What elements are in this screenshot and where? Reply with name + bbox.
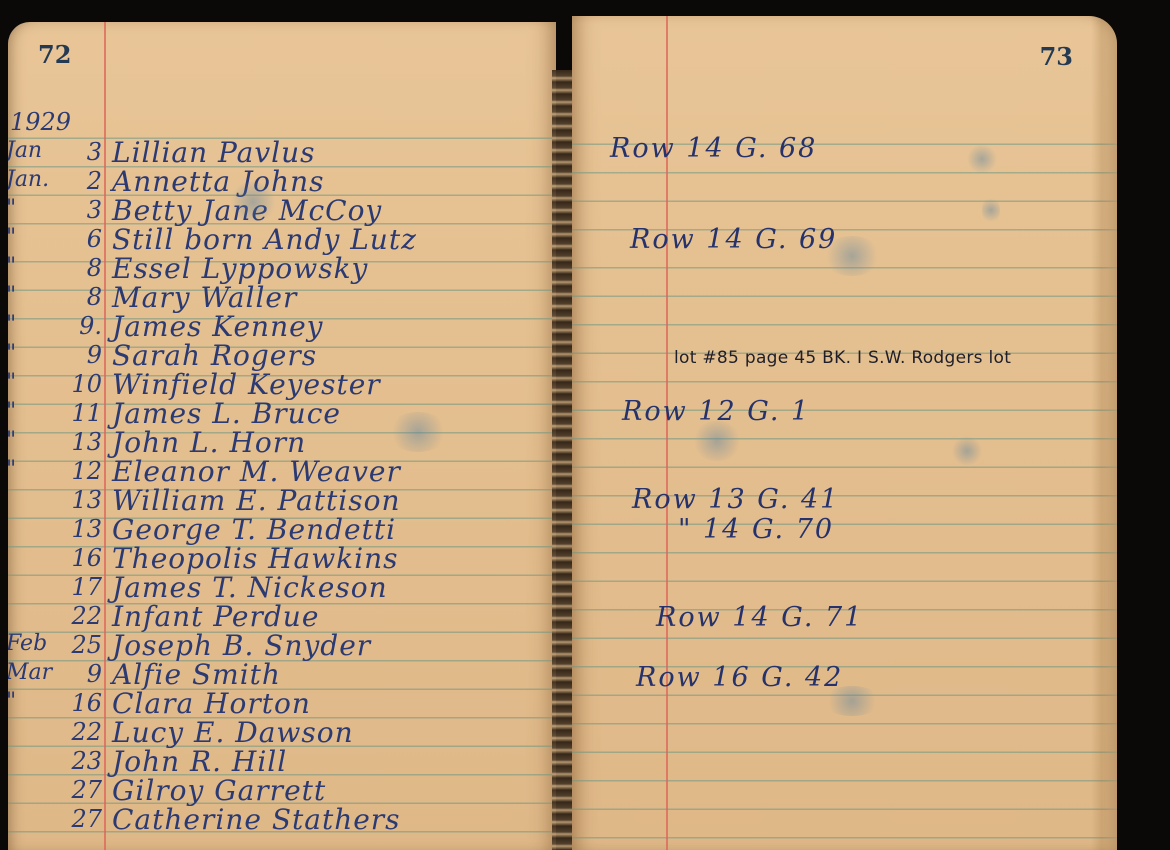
register-entry: "8Essel Lyppowsky: [8, 254, 548, 282]
entry-day: 13: [58, 428, 102, 456]
entry-day: 16: [58, 544, 102, 572]
entry-day: 23: [58, 747, 102, 775]
entry-day: 9: [58, 660, 102, 688]
entry-day: 10: [58, 370, 102, 398]
entry-day: 3: [58, 196, 102, 224]
entry-day: 9.: [58, 312, 102, 340]
year-heading: 1929: [10, 108, 71, 136]
register-entry: Mar9Alfie Smith: [8, 660, 548, 688]
ink-stain: [982, 196, 1000, 224]
register-entry: "8Mary Waller: [8, 283, 548, 311]
entry-day: 22: [58, 602, 102, 630]
register-entry: "9Sarah Rogers: [8, 341, 548, 369]
register-entry: 17James T. Nickeson: [8, 573, 548, 601]
entry-day: 25: [58, 631, 102, 659]
grave-location: Row 13 G. 41: [632, 484, 839, 515]
ink-stain: [692, 421, 742, 461]
ink-stain: [388, 412, 448, 452]
right-page: 73 Row 14 G. 68 Row 14 G. 69 lot #85 pag…: [572, 16, 1117, 850]
register-entry: "9.James Kenney: [8, 312, 548, 340]
ink-stain: [952, 436, 982, 466]
entry-day: 27: [58, 776, 102, 804]
grave-location: " 14 G. 70: [678, 514, 834, 545]
grave-location: Row 14 G. 69: [630, 224, 837, 255]
entry-day: 8: [58, 283, 102, 311]
register-entry: 23John R. Hill: [8, 747, 548, 775]
entry-day: 27: [58, 805, 102, 833]
register-entry: "10Winfield Keyester: [8, 370, 548, 398]
entry-name: Catherine Stathers: [112, 803, 401, 836]
entry-day: 6: [58, 225, 102, 253]
ink-stain: [228, 182, 278, 222]
entry-day: 22: [58, 718, 102, 746]
register-entry: Jan3Lillian Pavlus: [8, 138, 548, 166]
register-entry: 22Infant Perdue: [8, 602, 548, 630]
entry-day: 9: [58, 341, 102, 369]
register-entry: "13John L. Horn: [8, 428, 548, 456]
register-entry: 27Gilroy Garrett: [8, 776, 548, 804]
ink-stain: [967, 144, 997, 174]
register-entry: "11James L. Bruce: [8, 399, 548, 427]
page-number-left: 72: [38, 40, 71, 69]
register-entry: 13George T. Bendetti: [8, 515, 548, 543]
ink-stain: [822, 686, 882, 716]
register-entry: "12Eleanor M. Weaver: [8, 457, 548, 485]
grave-location: Row 14 G. 68: [610, 133, 817, 164]
register-entry: Feb25Joseph B. Snyder: [8, 631, 548, 659]
register-entry: Jan.2Annetta Johns: [8, 167, 548, 195]
entry-day: 11: [58, 399, 102, 427]
register-entry: 16Theopolis Hawkins: [8, 544, 548, 572]
lot-note: lot #85 page 45 BK. I S.W. Rodgers lot: [674, 348, 1011, 368]
grave-location: Row 16 G. 42: [636, 662, 843, 693]
register-entry: 27Catherine Stathers: [8, 805, 548, 833]
entry-day: 17: [58, 573, 102, 601]
entry-day: 16: [58, 689, 102, 717]
register-entry: "16Clara Horton: [8, 689, 548, 717]
register-entry: "3Betty Jane McCoy: [8, 196, 548, 224]
page-number-right: 73: [1040, 42, 1073, 71]
entry-day: 12: [58, 457, 102, 485]
ink-stain: [822, 236, 882, 276]
left-page: 72 1929 Jan3Lillian Pavlus Jan.2Annetta …: [8, 22, 556, 850]
entry-day: 8: [58, 254, 102, 282]
register-entry: "6Still born Andy Lutz: [8, 225, 548, 253]
entry-day: 13: [58, 515, 102, 543]
grave-location: Row 14 G. 71: [656, 602, 863, 633]
register-entry: 22Lucy E. Dawson: [8, 718, 548, 746]
entry-day: 2: [58, 167, 102, 195]
entry-day: 13: [58, 486, 102, 514]
register-entry: 13William E. Pattison: [8, 486, 548, 514]
entry-day: 3: [58, 138, 102, 166]
